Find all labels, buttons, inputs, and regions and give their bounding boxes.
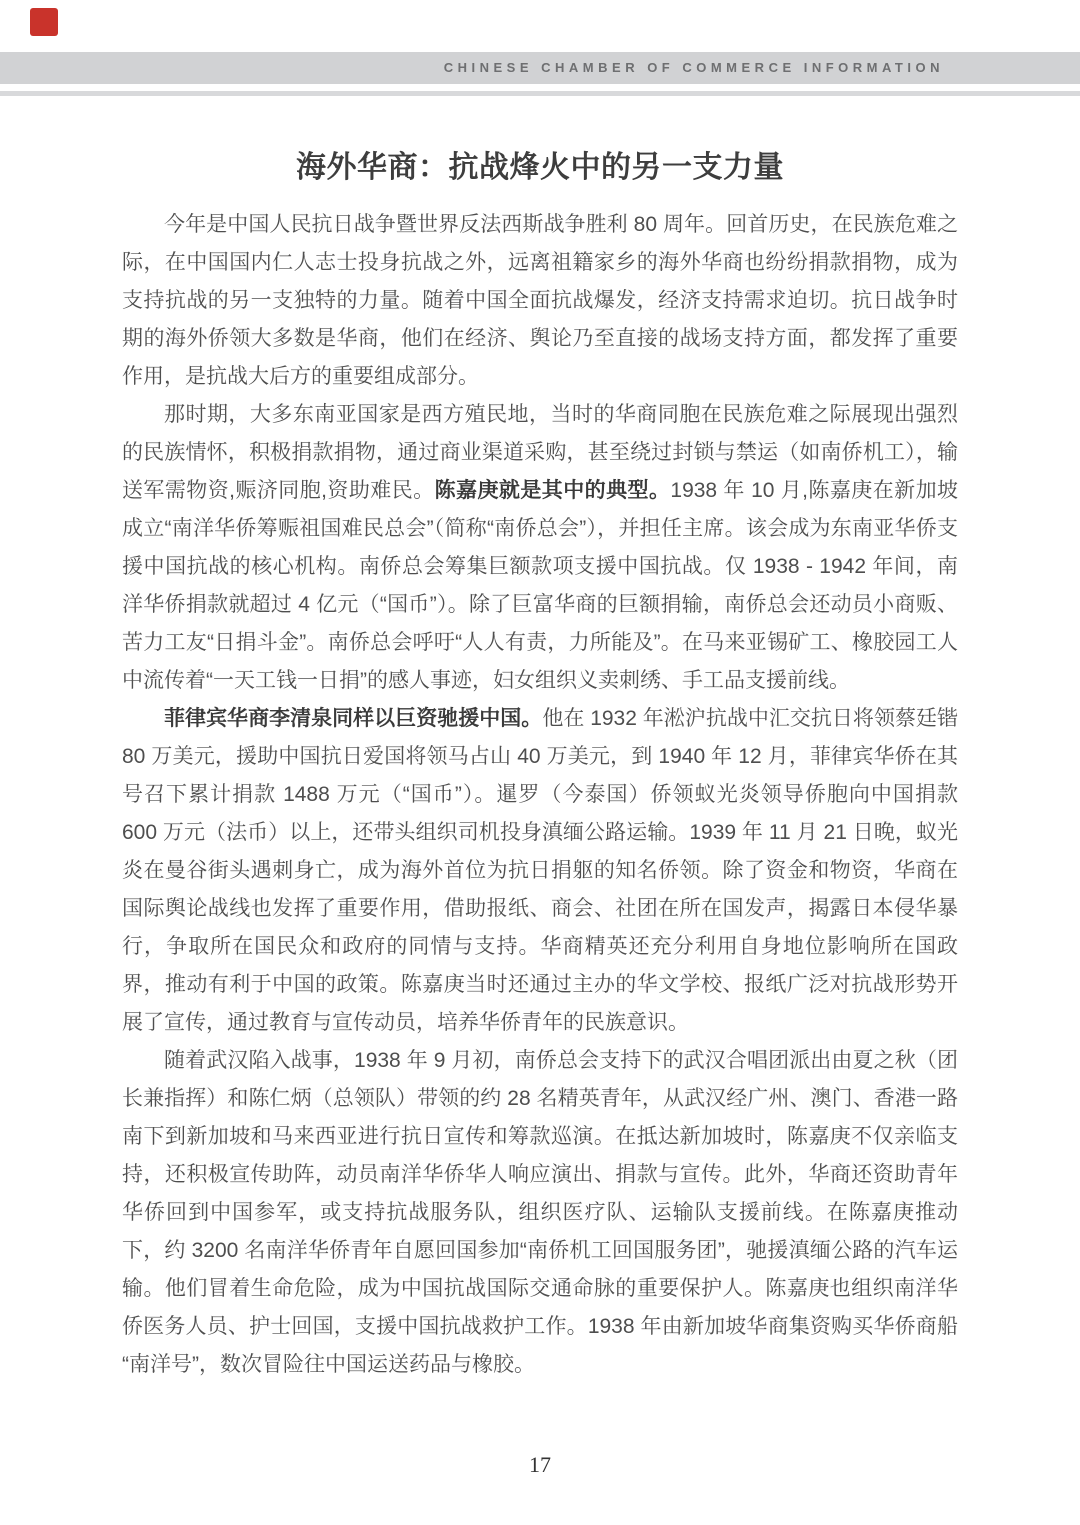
article-title: 海外华商：抗战烽火中的另一支力量 — [122, 146, 958, 190]
paragraph-4: 随着武汉陷入战事，1938 年 9 月初，南侨总会支持下的武汉合唱团派出由夏之秋… — [122, 1042, 958, 1384]
article-body: 海外华商：抗战烽火中的另一支力量 今年是中国人民抗日战争暨世界反法西斯战争胜利 … — [122, 146, 958, 1384]
paragraph-1: 今年是中国人民抗日战争暨世界反法西斯战争胜利 80 周年。回首历史，在民族危难之… — [122, 206, 958, 396]
paragraph-3: 菲律宾华商李清泉同样以巨资驰援中国。他在 1932 年淞沪抗战中汇交抗日将领蔡廷… — [122, 700, 958, 1042]
header-rule-divider — [0, 91, 1080, 96]
journal-name-label: CHINESE CHAMBER OF COMMERCE INFORMATION — [444, 60, 944, 75]
paragraph-text: 今年是中国人民抗日战争暨世界反法西斯战争胜利 80 周年。回首历史，在民族危难之… — [122, 213, 958, 388]
paragraph-bold-text: 陈嘉庚就是其中的典型。 — [435, 479, 671, 502]
paragraph-text: 他在 1932 年淞沪抗战中汇交抗日将领蔡廷锴 80 万美元，援助中国抗日爱国将… — [122, 707, 958, 1034]
paragraph-bold-text: 菲律宾华商李清泉同样以巨资驰援中国。 — [164, 707, 542, 730]
paragraph-text: 1938 年 10 月,陈嘉庚在新加坡成立“南洋华侨筹赈祖国难民总会”（简称“南… — [122, 479, 958, 692]
document-page: CHINESE CHAMBER OF COMMERCE INFORMATION … — [0, 0, 1080, 1525]
paragraph-text: 随着武汉陷入战事，1938 年 9 月初，南侨总会支持下的武汉合唱团派出由夏之秋… — [122, 1049, 958, 1376]
page-header-band: CHINESE CHAMBER OF COMMERCE INFORMATION — [0, 52, 1080, 84]
red-square-logo-mark — [30, 8, 58, 36]
page-number: 17 — [0, 1452, 1080, 1478]
paragraph-2: 那时期，大多东南亚国家是西方殖民地，当时的华商同胞在民族危难之际展现出强烈的民族… — [122, 396, 958, 700]
